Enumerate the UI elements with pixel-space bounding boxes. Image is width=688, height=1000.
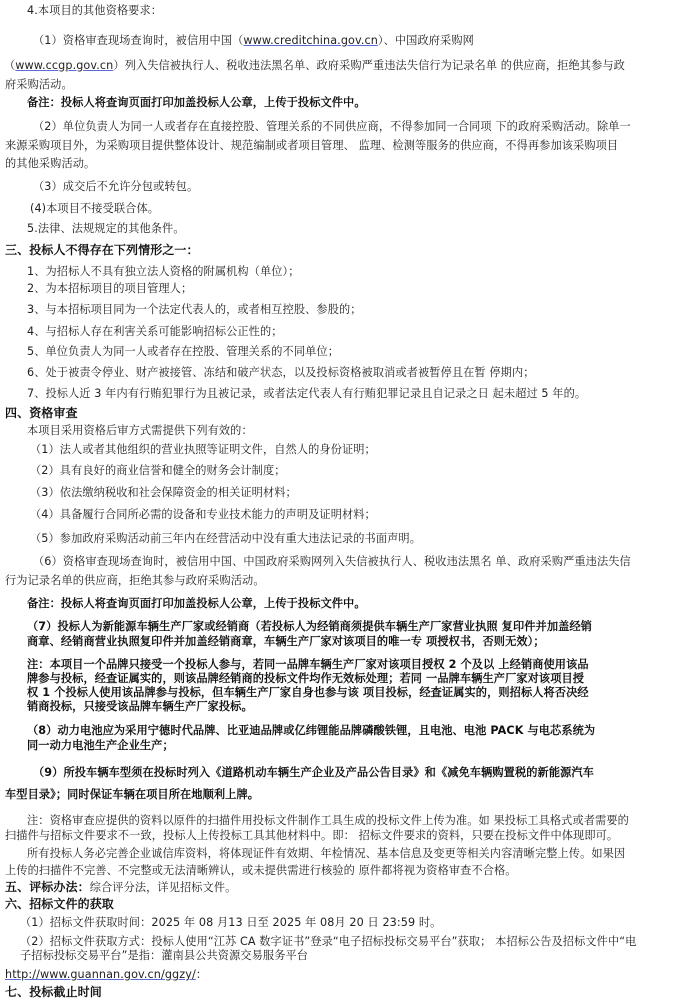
qualification-item-9-line-1: （9）所投车辆车型须在投标时列入《道路机动车辆生产企业及产品公告目录》和《减免车… xyxy=(33,766,594,780)
exclusion-item-6: 6、处于被责令停业、财产被接管、冻结和破产状态，以及投标资格被取消或者被暂停且在… xyxy=(27,366,535,380)
exclusion-item-4: 4、与招标人存在利害关系可能影响招标公正性的； xyxy=(27,325,283,339)
requirement-item-4: (4)本项目不接受联合体。 xyxy=(30,202,159,216)
scan-note-line-1: 注：资格审查应提供的资料以原件的扫描件用投标文件制作工具生成的投标文件上传为准。… xyxy=(27,814,629,828)
exclusion-item-7: 7、投标人近 3 年内有行贿犯罪行为且被记录，或者法定代表人有行贿犯罪记录且自记… xyxy=(27,387,586,401)
guannan-ggzy-link[interactable]: http://www.guannan.gov.cn/ggzy/ xyxy=(5,968,196,981)
exclusion-item-1: 1、为招标人不具有独立法人资格的附属机构（单位）； xyxy=(27,265,300,279)
qualification-item-1: （1）法人或者其他组织的营业执照等证明文件，自然人的身份证明； xyxy=(30,443,376,457)
brand-note-line-1: 注：本项目一个品牌只接受一个投标人参与，若同一品牌车辆生产厂家对该项目授权 2 … xyxy=(27,658,589,672)
scan-note-line-3: 所有投标人务必完善企业诚信库资料，将体现证件有效期、年检情况、基本信息及变更等相… xyxy=(27,847,625,861)
qualification-item-7-line-1: （7）投标人为新能源车辆生产厂家或经销商（若投标人为经销商须提供车辆生产厂家营业… xyxy=(27,620,592,634)
qualification-item-6-line-2: 行为记录名单的供应商，拒绝其参与政府采购活动。 xyxy=(5,574,265,588)
qualification-item-2: （2）具有良好的商业信誉和健全的财务会计制度； xyxy=(30,464,286,478)
qualification-item-6-line-1: （6）资格审查现场查询时，被信用中国、中国政府采购网列入失信被执行人、税收违法黑… xyxy=(33,555,631,569)
qualification-item-8-line-1: （8）动力电池应为采用宁德时代品牌、比亚迪品牌或亿纬锂能品牌磷酸铁锂，且电池、电… xyxy=(27,724,595,738)
other-requirements-heading: 4.本项目的其他资格要求： xyxy=(27,4,162,18)
requirement-item-1-line-2: （www.ccgp.gov.cn）列入失信被执行人、税收违法黑名单、政府采购严重… xyxy=(4,59,625,73)
qualification-item-5: （5）参加政府采购活动前三年内在经营活动中没有重大违法记录的书面声明。 xyxy=(30,532,421,546)
section-five-heading: 五、评标办法： xyxy=(5,880,90,894)
qualification-item-9-line-2: 车型目录》；同时保证车辆在项目所在地顺利上牌。 xyxy=(5,788,259,802)
guannan-link-line: http://www.guannan.gov.cn/ggzy/： xyxy=(5,968,207,982)
requirement-item-2-line-2: 来源采购项目外，为采购项目提供整体设计、规范编制或者项目管理、 监理、检测等服务… xyxy=(5,139,618,153)
qualification-item-4: （4）具备履行合同所必需的设备和专业技术能力的声明及证明材料； xyxy=(30,508,376,522)
brand-note-line-3: 权 1 个投标人使用该品牌参与投标，但车辆生产厂家自身也参与该 项目投标，经查证… xyxy=(27,686,589,700)
document-acquisition-method-line-1: （2）招标文件获取方式：投标人使用“江苏 CA 数字证书”登录“电子招标投标交易… xyxy=(20,935,636,949)
requirement-item-2-line-1: （2）单位负责人为同一人或者存在直接控股、管理关系的不同供应商，不得参加同一合同… xyxy=(33,120,631,134)
qualification-item-8-line-2: 同一动力电池生产企业生产； xyxy=(27,739,174,753)
brand-note-line-4: 销商投标，只接受该品牌车辆生产厂家投标。 xyxy=(27,700,253,714)
section-six-heading: 六、招标文件的获取 xyxy=(5,897,114,911)
section-three-heading: 三、投标人不得存在下列情形之一： xyxy=(5,243,199,257)
qualification-item-7-line-2: 商章、经销商营业执照复印件并加盖经销商章，车辆生产厂家对该项目的唯一专 项授权书… xyxy=(27,635,545,649)
section-four-heading: 四、资格审查 xyxy=(5,406,78,420)
query-note: 备注：投标人将查询页面打印加盖投标人公章，上传于投标文件中。 xyxy=(27,96,366,110)
ccgp-link[interactable]: www.ccgp.gov.cn xyxy=(15,59,113,72)
requirement-item-2-line-3: 的其他采购活动。 xyxy=(5,157,95,171)
document-acquisition-time: （1）招标文件获取时间：2025 年 08 月13 日至 2025 年 08月 … xyxy=(20,916,441,930)
brand-note-line-2: 牌参与投标，经查证属实的，则该品牌经销商的投标文件均作无效标处理；若同 一品牌车… xyxy=(27,672,584,686)
qualification-intro: 本项目采用资格后审方式需提供下列有效的： xyxy=(27,424,253,438)
scan-note-line-2: 扫描件与招标文件要求不一致，投标人上传投标工具其他材料中。即： 招标文件要求的资… xyxy=(5,829,618,843)
requirement-item-3: （3）成交后不允许分包或转包。 xyxy=(33,180,198,194)
qualification-item-3: （3）依法缴纳税收和社会保障资金的相关证明材料； xyxy=(30,486,297,500)
requirement-item-1-line-1: （1）资格审查现场查询时，被信用中国（www.creditchina.gov.c… xyxy=(33,34,474,48)
document-acquisition-method-line-2: 子招标投标交易平台”是指：灌南县公共资源交易服务平台 xyxy=(20,949,308,963)
exclusion-item-2: 2、为本招标项目的项目管理人； xyxy=(27,282,192,296)
section-five: 五、评标办法：综合评分法，详见招标文件。 xyxy=(5,880,236,895)
requirement-item-5: 5.法律、法规规定的其他条件。 xyxy=(27,222,185,236)
requirement-item-1-line-3: 府采购活动。 xyxy=(5,78,73,92)
exclusion-item-5: 5、单位负责人为同一人或者存在控股、管理关系的不同单位； xyxy=(27,345,339,359)
qualification-query-note: 备注：投标人将查询页面打印加盖投标人公章，上传于投标文件中。 xyxy=(27,597,366,611)
section-five-text: 综合评分法，详见招标文件。 xyxy=(90,881,237,894)
creditchina-link[interactable]: www.creditchina.gov.cn xyxy=(243,34,378,47)
section-seven-heading: 七、投标截止时间 xyxy=(5,985,102,999)
exclusion-item-3: 3、与本招标项目同为一个法定代表人的，或者相互控股、参股的； xyxy=(27,303,362,317)
scan-note-line-4: 上传的扫描件不完善、不完整或无法清晰辨认，或未提供需进行核验的 原件都将视为资格… xyxy=(5,864,517,878)
